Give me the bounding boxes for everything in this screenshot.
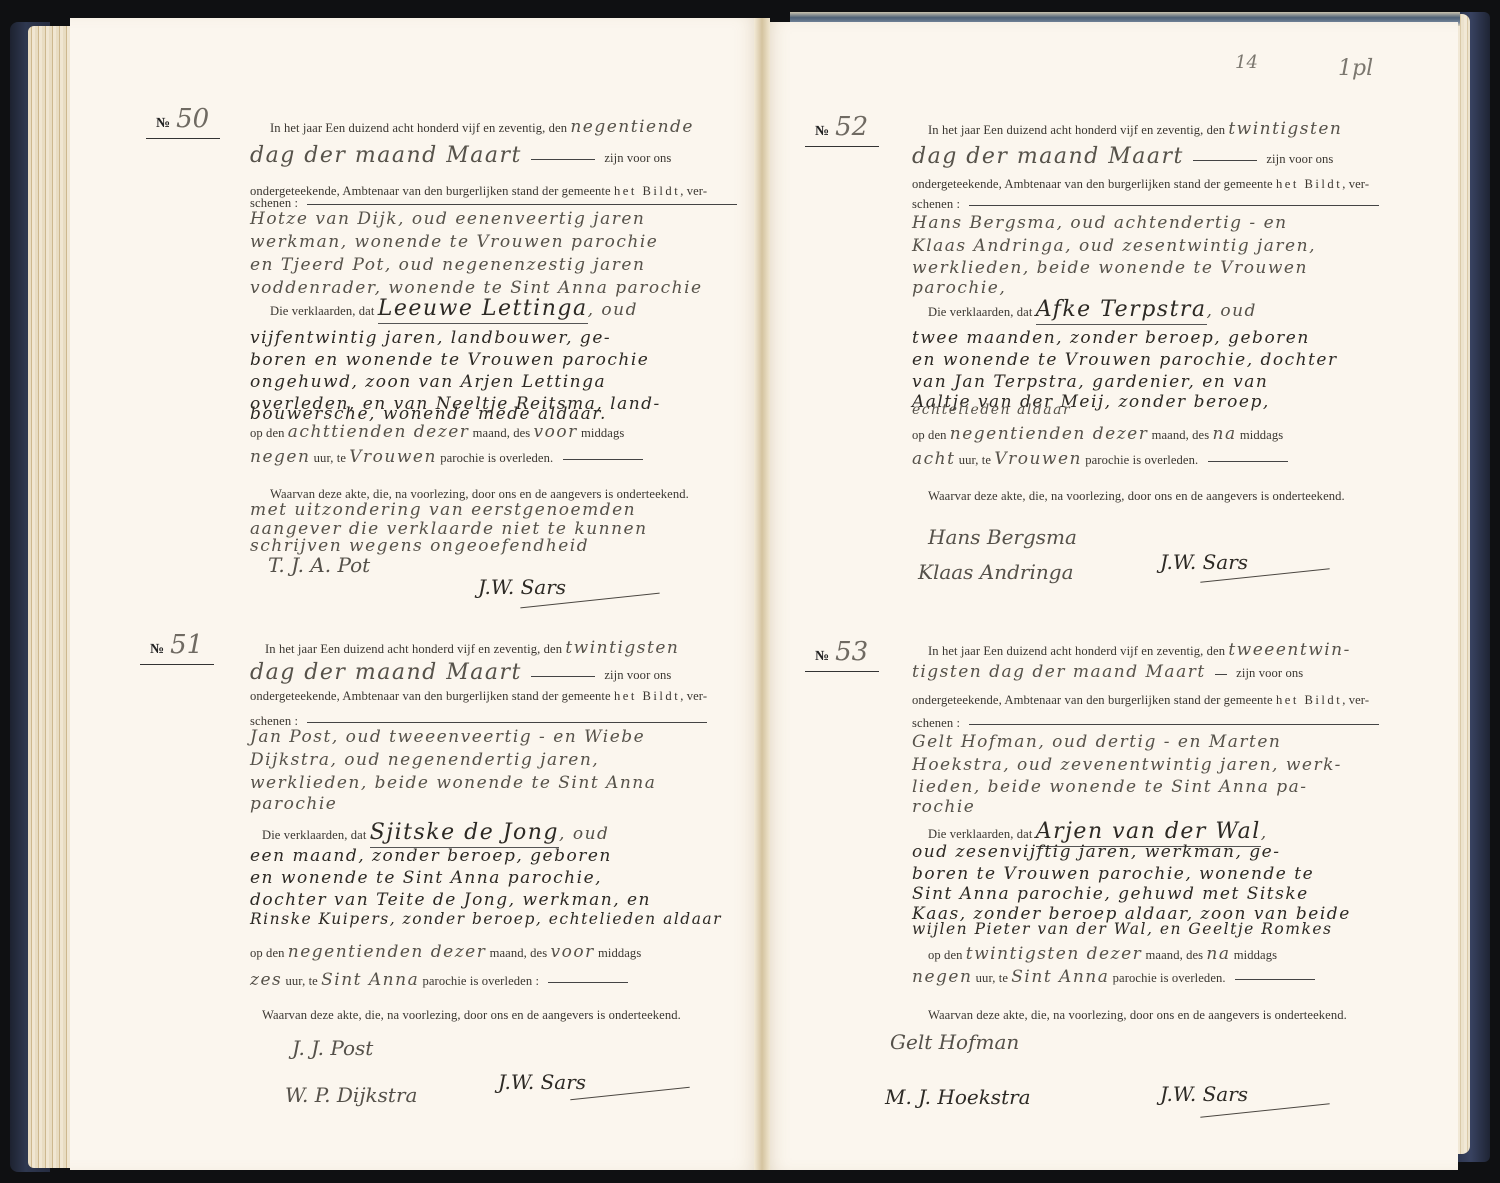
deceased-name: Afke Terpstra: [1036, 297, 1207, 325]
entry-number: №53: [805, 637, 879, 672]
signature-informant: Gelt Hofman: [890, 1030, 1019, 1054]
signature-official: J.W. Sars: [498, 1070, 586, 1094]
signature-informant: T. J. A. Pot: [268, 553, 370, 577]
signature-official: J.W. Sars: [1160, 550, 1248, 574]
entry-number: №50: [146, 104, 220, 139]
signature-informant: M. J. Hoekstra: [885, 1085, 1031, 1109]
right-page: [762, 22, 1458, 1170]
entry-number: №52: [805, 112, 879, 147]
signature-official: J.W. Sars: [478, 575, 566, 599]
signature-official: J.W. Sars: [1160, 1082, 1248, 1106]
signature-informant: W. P. Dijkstra: [285, 1083, 417, 1107]
open-register-book: 14 1pl №50 In het jaar Een duizend acht …: [0, 0, 1500, 1183]
signature-informant: Hans Bergsma: [928, 525, 1077, 549]
signature-informant: Klaas Andringa: [918, 560, 1074, 584]
closing-statement: Waarvan deze akte, die, na voorlezing, d…: [262, 1008, 681, 1023]
folio-mark: 1pl: [1338, 56, 1373, 81]
closing-statement: Waarvar deze akte, die, na voorlezing, d…: [928, 489, 1345, 504]
deceased-name: Leeuwe Lettinga: [378, 296, 588, 324]
informants-line: Hotze van Dijk, oud eenenveertig jaren: [250, 209, 645, 229]
signature-informant: J. J. Post: [292, 1036, 373, 1060]
closing-statement: Waarvan deze akte, die, na voorlezing, d…: [928, 1008, 1347, 1023]
entry-number: №51: [140, 630, 214, 665]
deceased-name: Sjitske de Jong: [370, 820, 559, 848]
book-gutter: [754, 18, 770, 1170]
folio-number: 14: [1235, 52, 1258, 73]
